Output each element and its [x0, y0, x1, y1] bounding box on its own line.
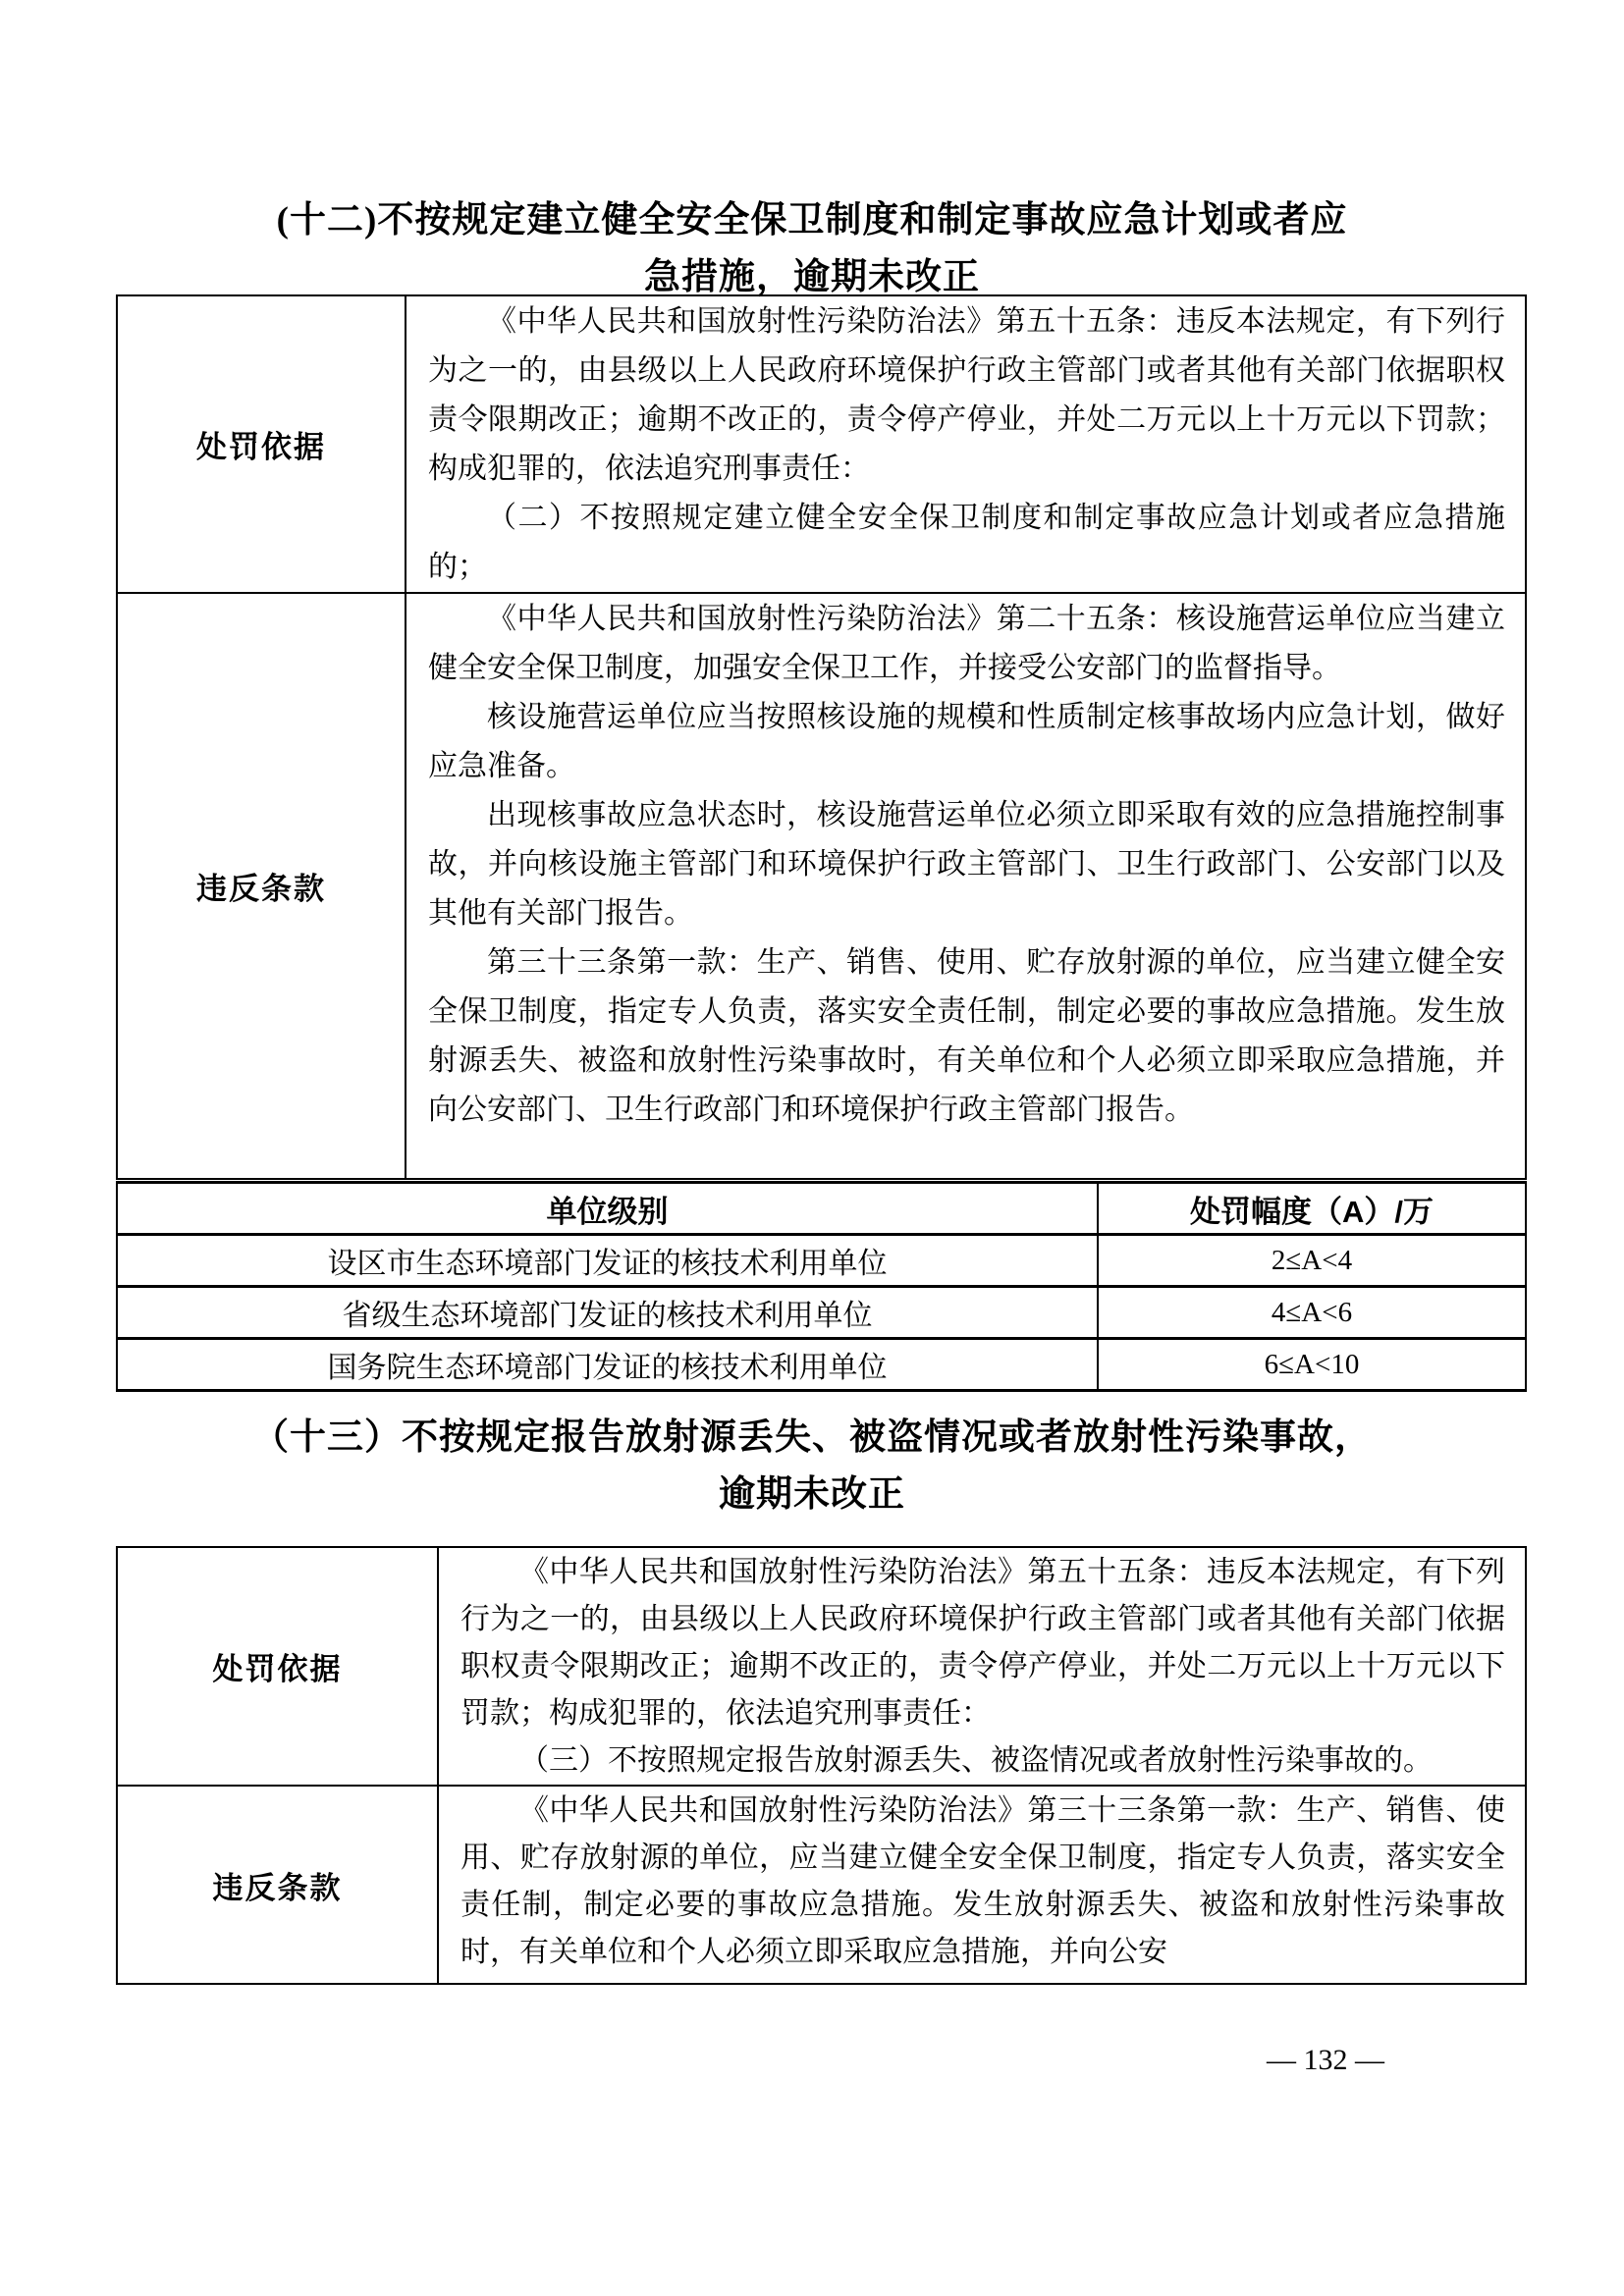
- penalty-level-table: 单位级别 处罚幅度（A）/万 设区市生态环境部门发证的核技术利用单位 2≤A<4…: [116, 1181, 1527, 1392]
- table-row: 违反条款 《中华人民共和国放射性污染防治法》第二十五条：核设施营运单位应当建立健…: [117, 593, 1526, 1179]
- unit-level-header: 单位级别: [117, 1183, 1098, 1235]
- paragraph: 《中华人民共和国放射性污染防治法》第二十五条：核设施营运单位应当建立健全安全保卫…: [428, 595, 1505, 693]
- penalty-range-cell: 4≤A<6: [1098, 1287, 1526, 1339]
- section-13-heading-line-2: 逾期未改正: [0, 1467, 1624, 1523]
- paragraph: 《中华人民共和国放射性污染防治法》第五十五条：违反本法规定，有下列行为之一的，由…: [428, 297, 1505, 494]
- table-header-row: 单位级别 处罚幅度（A）/万: [117, 1183, 1526, 1235]
- section-12-heading-line-1: (十二)不按规定建立健全安全保卫制度和制定事故应急计划或者应: [0, 192, 1624, 249]
- paragraph: 出现核事故应急状态时，核设施营运单位必须立即采取有效的应急措施控制事故，并向核设…: [428, 791, 1505, 938]
- paragraph: （二）不按照规定建立健全安全保卫制度和制定事故应急计划或者应急措施的；: [428, 494, 1505, 592]
- section-13-heading: （十三）不按规定报告放射源丢失、被盗情况或者放射性污染事故， 逾期未改正: [0, 1410, 1624, 1523]
- unit-level-cell: 国务院生态环境部门发证的核技术利用单位: [117, 1339, 1098, 1391]
- section-13-table: 处罚依据 《中华人民共和国放射性污染防治法》第五十五条：违反本法规定，有下列行为…: [116, 1546, 1527, 1985]
- document-page: (十二)不按规定建立健全安全保卫制度和制定事故应急计划或者应 急措施，逾期未改正…: [0, 0, 1624, 2296]
- unit-level-cell: 设区市生态环境部门发证的核技术利用单位: [117, 1235, 1098, 1287]
- penalty-row: 国务院生态环境部门发证的核技术利用单位 6≤A<10: [117, 1339, 1526, 1391]
- penalty-range-cell: 2≤A<4: [1098, 1235, 1526, 1287]
- unit-level-cell: 省级生态环境部门发证的核技术利用单位: [117, 1287, 1098, 1339]
- violated-clause-content: 《中华人民共和国放射性污染防治法》第二十五条：核设施营运单位应当建立健全安全保卫…: [406, 593, 1526, 1179]
- violated-clause-content: 《中华人民共和国放射性污染防治法》第三十三条第一款：生产、销售、使用、贮存放射源…: [438, 1786, 1526, 1984]
- violated-clause-label: 违反条款: [117, 593, 406, 1179]
- section-12-table: 处罚依据 《中华人民共和国放射性污染防治法》第五十五条：违反本法规定，有下列行为…: [116, 294, 1527, 1180]
- paragraph: 第三十三条第一款：生产、销售、使用、贮存放射源的单位，应当建立健全安全保卫制度，…: [428, 938, 1505, 1135]
- table-row: 处罚依据 《中华人民共和国放射性污染防治法》第五十五条：违反本法规定，有下列行为…: [117, 295, 1526, 593]
- table-row: 违反条款 《中华人民共和国放射性污染防治法》第三十三条第一款：生产、销售、使用、…: [117, 1786, 1526, 1984]
- page-number: — 132 —: [1267, 2044, 1384, 2077]
- penalty-row: 设区市生态环境部门发证的核技术利用单位 2≤A<4: [117, 1235, 1526, 1287]
- penalty-basis-label: 处罚依据: [117, 1547, 438, 1786]
- penalty-basis-content: 《中华人民共和国放射性污染防治法》第五十五条：违反本法规定，有下列行为之一的，由…: [438, 1547, 1526, 1786]
- penalty-row: 省级生态环境部门发证的核技术利用单位 4≤A<6: [117, 1287, 1526, 1339]
- section-12-heading: (十二)不按规定建立健全安全保卫制度和制定事故应急计划或者应 急措施，逾期未改正: [0, 192, 1624, 306]
- paragraph: 《中华人民共和国放射性污染防治法》第五十五条：违反本法规定，有下列行为之一的，由…: [460, 1549, 1505, 1737]
- table-row: 处罚依据 《中华人民共和国放射性污染防治法》第五十五条：违反本法规定，有下列行为…: [117, 1547, 1526, 1786]
- paragraph: 《中华人民共和国放射性污染防治法》第三十三条第一款：生产、销售、使用、贮存放射源…: [460, 1788, 1505, 1976]
- penalty-basis-content: 《中华人民共和国放射性污染防治法》第五十五条：违反本法规定，有下列行为之一的，由…: [406, 295, 1526, 593]
- paragraph: 核设施营运单位应当按照核设施的规模和性质制定核事故场内应急计划，做好应急准备。: [428, 693, 1505, 791]
- penalty-range-header: 处罚幅度（A）/万: [1098, 1183, 1526, 1235]
- paragraph: （三）不按照规定报告放射源丢失、被盗情况或者放射性污染事故的。: [460, 1737, 1505, 1785]
- penalty-basis-label: 处罚依据: [117, 295, 406, 593]
- penalty-range-cell: 6≤A<10: [1098, 1339, 1526, 1391]
- section-13-heading-line-1: （十三）不按规定报告放射源丢失、被盗情况或者放射性污染事故，: [0, 1410, 1624, 1467]
- violated-clause-label: 违反条款: [117, 1786, 438, 1984]
